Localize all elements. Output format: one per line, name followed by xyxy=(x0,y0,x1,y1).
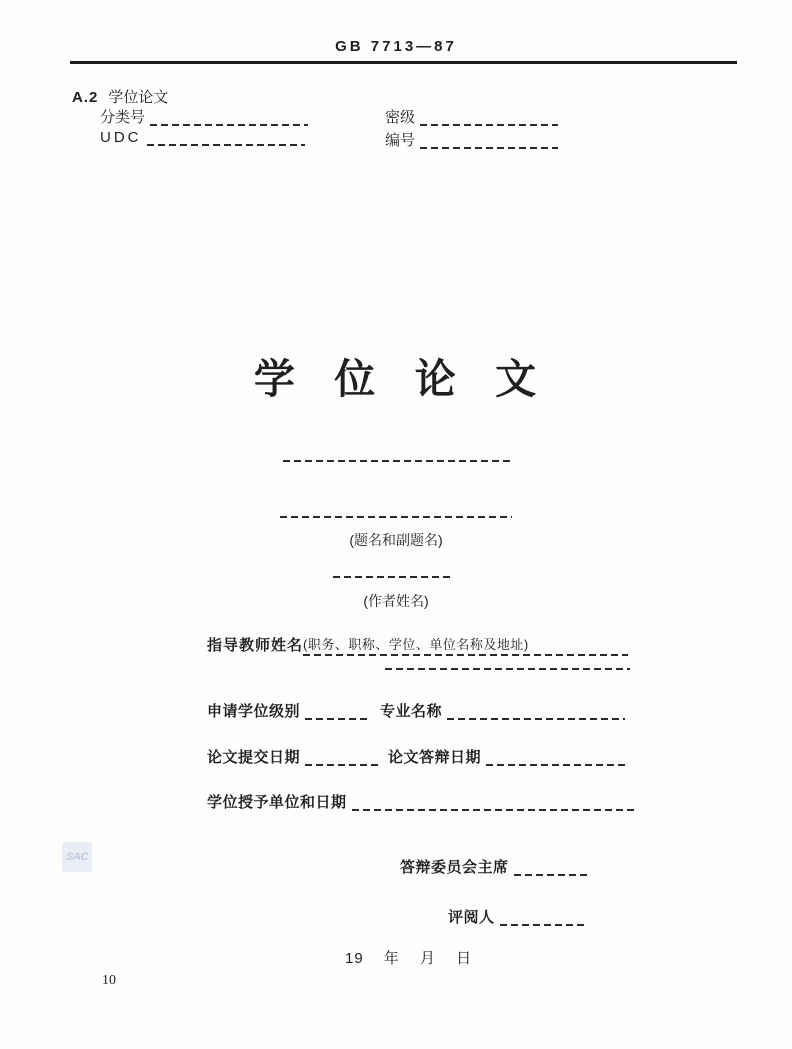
grant-unit-label: 学位授予单位和日期 xyxy=(207,794,347,811)
degree-level-label: 申请学位级别 xyxy=(207,703,300,720)
supervisor-hint-box: (职务、职称、学位、单位名称及地址) xyxy=(303,634,628,656)
page-number: 10 xyxy=(102,973,116,989)
supervisor-label: 指导教师姓名 xyxy=(207,634,303,655)
section-label: A.2 xyxy=(72,89,98,106)
grant-unit-blank xyxy=(352,809,635,811)
author-caption: (作者姓名) xyxy=(0,591,792,611)
grant-unit-row: 学位授予单位和日期 xyxy=(207,791,635,812)
author-blank-line xyxy=(333,576,452,578)
sac-watermark-logo: SAC xyxy=(62,842,92,872)
udc-field: UDC xyxy=(100,129,305,146)
major-blank xyxy=(447,718,625,720)
udc-label: UDC xyxy=(100,129,142,146)
submit-date-label: 论文提交日期 xyxy=(207,749,300,766)
defense-date-blank xyxy=(486,764,627,766)
reviewer-label: 评阅人 xyxy=(448,909,495,926)
title-caption: (题名和副题名) xyxy=(0,530,792,550)
reviewer-row: 评阅人 xyxy=(448,906,588,927)
section-heading: A.2学位论文 xyxy=(72,86,168,107)
degree-level-blank xyxy=(305,718,371,720)
submit-date-blank xyxy=(305,764,379,766)
classification-blank xyxy=(150,124,308,126)
supervisor-blank-line-2 xyxy=(385,668,630,670)
supervisor-blank-line-1 xyxy=(303,654,628,656)
number-blank xyxy=(420,147,558,149)
standard-code: GB 7713—87 xyxy=(0,38,792,55)
major-label: 专业名称 xyxy=(380,703,442,720)
committee-chair-blank xyxy=(514,874,588,876)
committee-chair-row: 答辩委员会主席 xyxy=(400,856,588,877)
degree-major-row: 申请学位级别专业名称 xyxy=(207,700,625,721)
sac-watermark-text: SAC xyxy=(66,851,88,863)
classification-label: 分类号 xyxy=(100,109,145,126)
page-title: 学 位 论 文 xyxy=(0,346,792,405)
header-rule xyxy=(70,61,737,64)
security-blank xyxy=(420,124,558,126)
number-field: 编号 xyxy=(385,129,558,150)
title-blank-line-2 xyxy=(280,516,512,518)
security-label: 密级 xyxy=(385,109,415,126)
number-label: 编号 xyxy=(385,132,415,149)
section-title: 学位论文 xyxy=(108,89,168,106)
dates-row: 论文提交日期论文答辩日期 xyxy=(207,746,627,767)
document-page: GB 7713—87 A.2学位论文 分类号 密级 UDC 编号 学 位 论 文… xyxy=(0,0,792,1049)
title-blank-line-1 xyxy=(283,460,510,462)
reviewer-blank xyxy=(500,924,588,926)
udc-blank xyxy=(147,144,305,146)
year-month-day-line: 19 年 月 日 xyxy=(345,947,472,968)
supervisor-hint: (职务、职称、学位、单位名称及地址) xyxy=(303,637,529,652)
defense-date-label: 论文答辩日期 xyxy=(388,749,481,766)
classification-field: 分类号 xyxy=(100,106,308,127)
committee-chair-label: 答辩委员会主席 xyxy=(400,859,509,876)
security-field: 密级 xyxy=(385,106,558,127)
